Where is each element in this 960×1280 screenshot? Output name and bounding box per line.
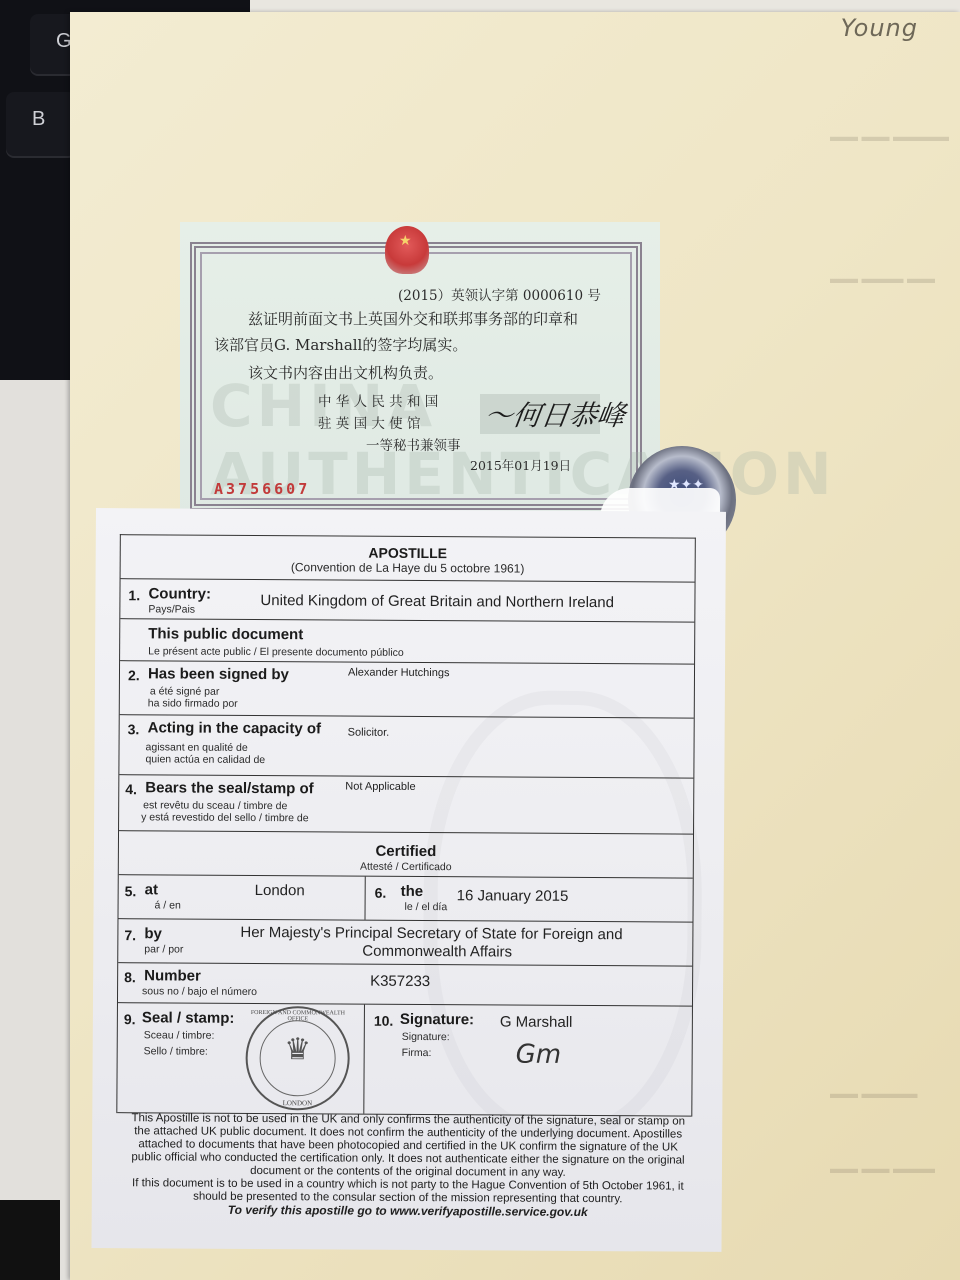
field-value: London: [255, 882, 305, 899]
national-emblem-icon: [385, 226, 429, 274]
certified-label: Certified: [119, 841, 693, 862]
certificate-reference: (2015）英领认字第 0000610 号: [398, 284, 601, 304]
field-sublabel: quien actúa en calidad de: [145, 753, 265, 767]
field-label: Bears the seal/stamp of: [145, 779, 314, 797]
field-seal-signature: 9. Seal / stamp: Sceau / timbre: Sello /…: [117, 1003, 692, 1117]
key-label: B: [32, 108, 45, 131]
field-number: 8. Number sous no / bajo el número K3572…: [118, 963, 692, 1007]
apostille-form: APOSTILLE (Convention de La Haye du 5 oc…: [116, 534, 696, 1117]
field-sublabel: y está revestido del sello / timbre de: [141, 811, 309, 825]
field-by: 7. by par / por Her Majesty's Principal …: [118, 919, 692, 967]
cell-divider: [364, 877, 365, 920]
field-at-date: 5. at á / en London 6. the le / el día 1…: [118, 875, 692, 923]
field-number: 6.: [375, 885, 387, 901]
field-number: 1.: [128, 587, 140, 603]
certified-header: Certified Attesté / Certificado: [119, 831, 693, 879]
field-number: 8.: [124, 969, 136, 985]
field-number: 5.: [125, 883, 137, 899]
field-signed-by: 2. Has been signed by a été signé par ha…: [120, 661, 694, 719]
field-value: Alexander Hutchings: [348, 667, 450, 680]
field-number: 2.: [128, 667, 140, 683]
field-label: Country:: [148, 585, 211, 602]
cell-divider: [363, 1005, 365, 1114]
apostille-disclaimer: This Apostille is not to be used in the …: [108, 1112, 709, 1220]
field-country: 1. Country: Pays/Pais United Kingdom of …: [120, 579, 694, 623]
field-sublabel: Sceau / timbre:: [144, 1029, 215, 1042]
handwritten-signature: Gm: [516, 1040, 562, 1070]
field-seal-of: 4. Bears the seal/stamp of est revêtu du…: [119, 775, 693, 835]
field-number: 10.: [374, 1013, 394, 1029]
field-value: Her Majesty's Principal Secretary of Sta…: [240, 924, 622, 943]
apostille-header: APOSTILLE (Convention de La Haye du 5 oc…: [121, 535, 695, 583]
field-value: Commonwealth Affairs: [362, 943, 512, 961]
field-label: Seal / stamp:: [142, 1009, 235, 1027]
certificate-issuer-title: 一等秘书兼领事: [366, 434, 461, 454]
field-sublabel: Pays/Pais: [148, 603, 195, 616]
certificate-body-line: 该部官员G. Marshall的签字均属实。: [214, 334, 467, 355]
seal-text: LONDON: [247, 1099, 347, 1108]
field-label: This public document: [148, 625, 303, 643]
field-label: at: [145, 881, 158, 898]
field-value: Solicitor.: [348, 727, 390, 739]
field-number: 3.: [128, 721, 140, 737]
certified-sublabel: Attesté / Certificado: [119, 859, 693, 876]
apostille-subtitle: (Convention de La Haye du 5 octobre 1961…: [121, 559, 695, 577]
field-value: United Kingdom of Great Britain and Nort…: [260, 592, 614, 611]
showthrough-text: ▬▬ ▬▬▬ ▬▬: [830, 272, 935, 288]
field-sublabel: par / por: [144, 943, 183, 956]
field-value: G Marshall: [500, 1013, 573, 1030]
field-sublabel: le / el día: [405, 901, 448, 914]
royal-coat-of-arms-icon: ♛: [248, 1032, 348, 1068]
fco-seal-stamp: FOREIGN AND COMMONWEALTH OFFICE ♛ LONDON: [245, 1006, 350, 1111]
handwritten-note: Young: [841, 14, 918, 42]
field-number: 4.: [125, 781, 137, 797]
field-label: the: [401, 883, 424, 900]
showthrough-text: ▬▬ ▬▬ ▬▬▬: [830, 1162, 935, 1178]
field-public-document: This public document Le présent acte pub…: [120, 619, 694, 665]
field-sublabel: Firma:: [402, 1047, 432, 1060]
certificate-body-line: 兹证明前面文书上英国外交和联邦事务部的印章和: [248, 308, 578, 329]
certificate-serial-number: A3756607: [214, 480, 310, 498]
seal-text: FOREIGN AND COMMONWEALTH OFFICE: [248, 1010, 348, 1023]
field-value: 16 January 2015: [457, 887, 569, 905]
embassy-authentication-certificate: CHINA AUTHENTICATION (2015）英领认字第 0000610…: [180, 222, 660, 522]
field-label: by: [144, 925, 162, 942]
apostille-certificate: APOSTILLE (Convention de La Haye du 5 oc…: [91, 508, 726, 1252]
certificate-issuer: 中 华 人 民 共 和 国: [318, 390, 438, 410]
field-sublabel: á / en: [155, 899, 181, 912]
field-sublabel: Signature:: [402, 1031, 450, 1044]
field-sublabel: ha sido firmado por: [148, 697, 238, 711]
showthrough-text: ▬▬ ▬▬ ▬▬▬▬: [830, 130, 949, 146]
desk-surface: [0, 330, 80, 1280]
field-capacity: 3. Acting in the capacity of agissant en…: [119, 715, 693, 779]
field-value: Not Applicable: [345, 781, 415, 793]
certificate-body-line: 该文书内容由出文机构负责。: [248, 362, 443, 383]
keyboard-key-b: B: [6, 92, 76, 156]
field-sublabel: Sello / timbre:: [144, 1045, 208, 1058]
field-label: Signature:: [400, 1011, 474, 1028]
field-label: Number: [144, 967, 201, 984]
showthrough-text: ▬▬ ▬▬▬▬: [830, 1087, 918, 1103]
certificate-date: 2015年01月19日: [470, 456, 571, 474]
field-sublabel: Le présent acte public / El presente doc…: [148, 645, 404, 660]
field-label: Acting in the capacity of: [148, 719, 321, 737]
field-number: 7.: [124, 927, 136, 943]
field-value: K357233: [370, 973, 430, 990]
field-number: 9.: [124, 1011, 136, 1027]
consul-signature: ～何日恭峰: [482, 394, 628, 434]
certificate-issuer: 驻 英 国 大 使 馆: [318, 412, 420, 432]
field-sublabel: sous no / bajo el número: [142, 985, 257, 999]
keyboard-edge: [0, 1200, 60, 1280]
field-label: Has been signed by: [148, 665, 289, 683]
